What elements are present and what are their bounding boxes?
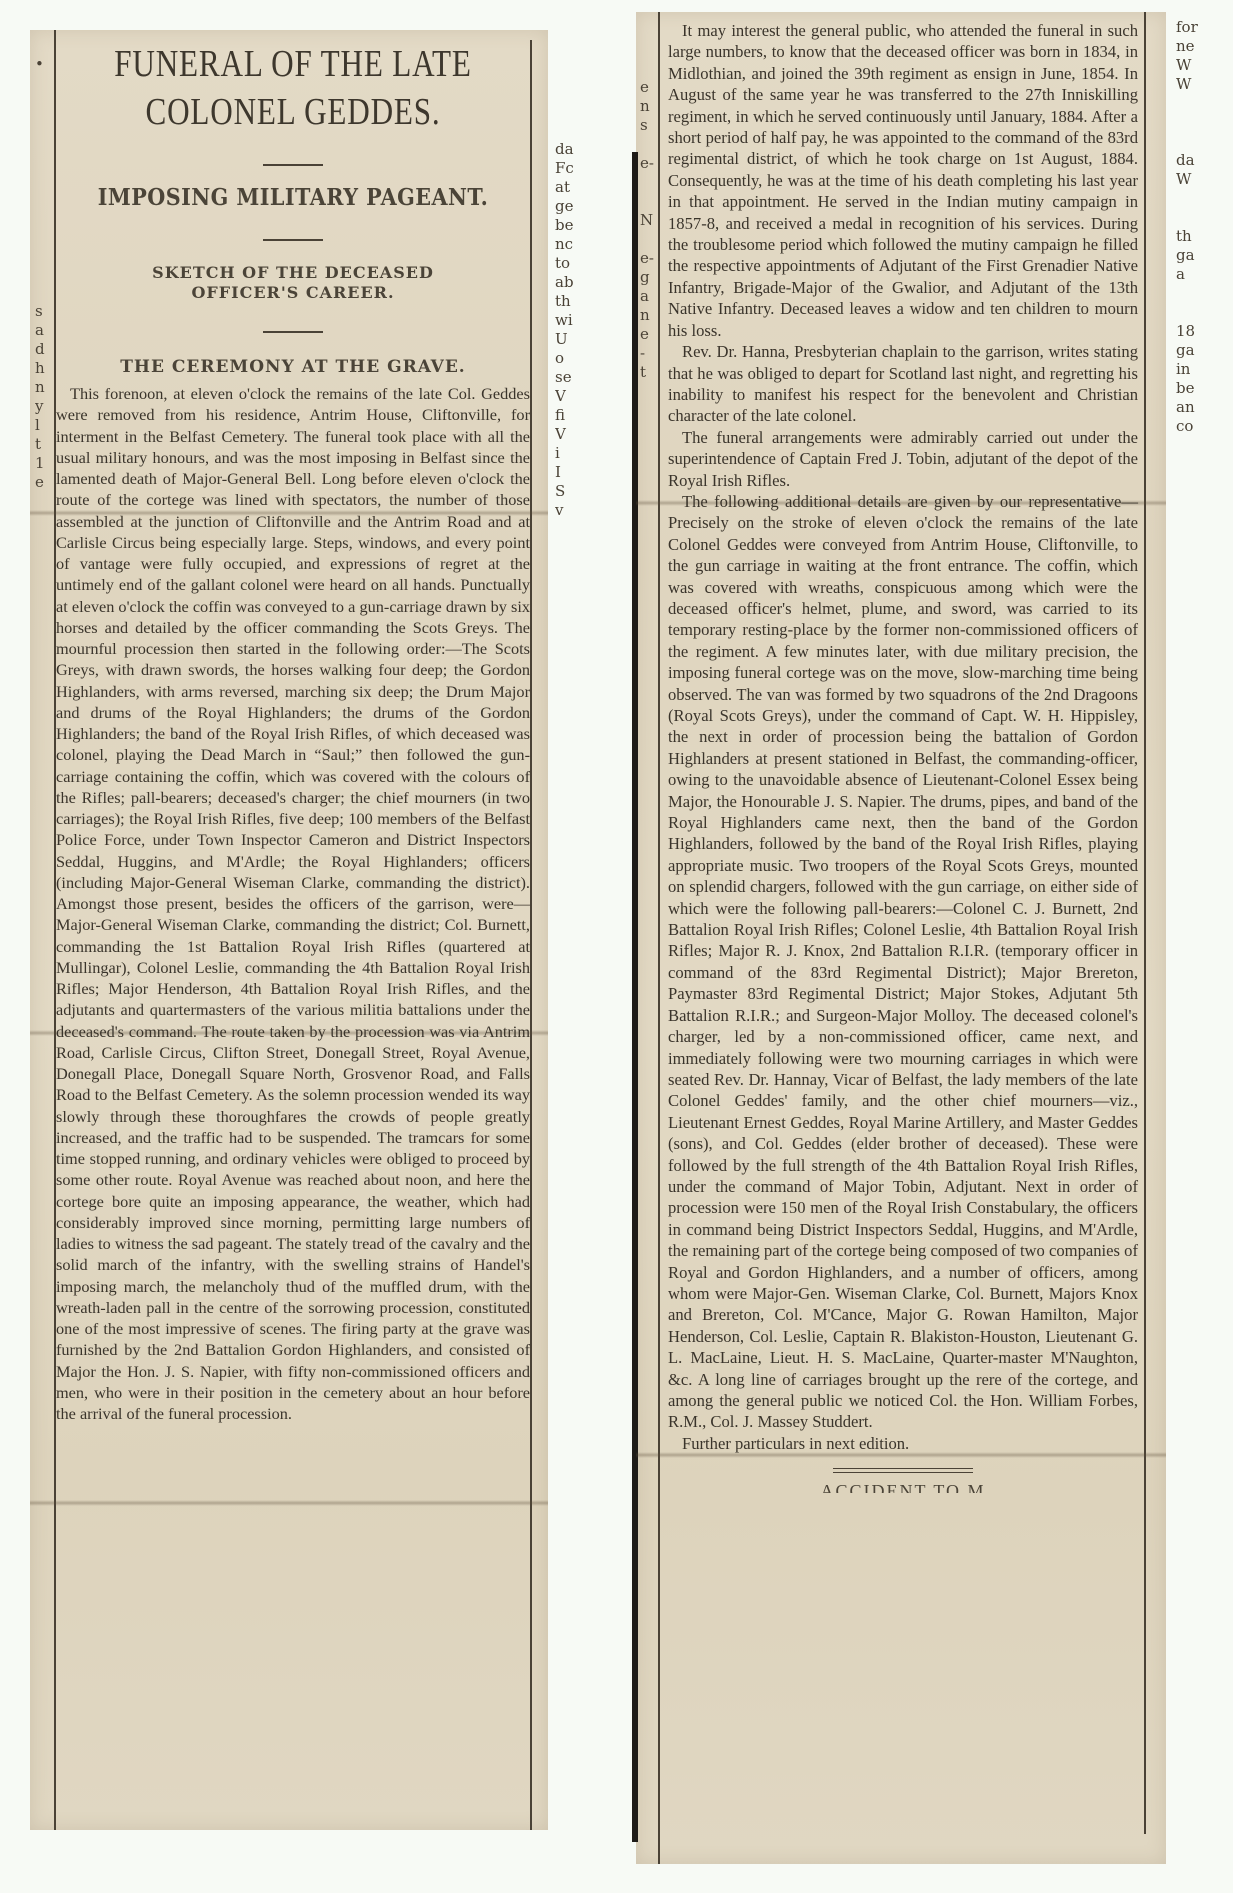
- column-rule-right: [1144, 12, 1146, 1834]
- right-margin-fragment-text: for ne W W da W th ga a 18 ga in be an c…: [1176, 18, 1206, 436]
- paragraph-career: It may interest the general public, who …: [668, 20, 1138, 341]
- headline-line-2: COLONEL GEDDES.: [145, 91, 440, 133]
- deck: SKETCH OF THE DECEASED OFFICER'S CAREER.: [56, 263, 530, 303]
- paper-fold: [30, 1500, 548, 1506]
- paragraph-further-particulars: Further particulars in next edition.: [668, 1433, 1138, 1454]
- right-article-column: It may interest the general public, who …: [668, 20, 1138, 1493]
- deck-line-2: OFFICER'S CAREER.: [191, 283, 394, 302]
- next-article-headline-partial: ACCIDENT TO M: [668, 1481, 1138, 1493]
- article-body: This forenoon, at eleven o'clock the rem…: [56, 383, 530, 1424]
- headline-line-1: FUNERAL OF THE LATE: [114, 43, 471, 85]
- divider: [263, 164, 323, 166]
- shadow-edge: [632, 152, 638, 1842]
- subheadline: IMPOSING MILITARY PAGEANT.: [80, 184, 507, 211]
- left-margin-fragment-text: • s a d h n y l t 1 e: [35, 55, 51, 492]
- right-margin-fragment-text: da Fc at ge be nc to ab th wi U o se V f…: [555, 140, 583, 520]
- column-rule-left: [658, 12, 660, 1864]
- article-end-rule: [833, 1468, 973, 1473]
- column-rule-right: [530, 40, 532, 1830]
- headline: FUNERAL OF THE LATE COLONEL GEDDES.: [99, 40, 488, 136]
- paragraph-chaplain: Rev. Dr. Hanna, Presbyterian chaplain to…: [668, 341, 1138, 427]
- left-margin-fragment-text: e n s e- N e- g a n e - t: [640, 40, 658, 382]
- divider: [263, 331, 323, 333]
- paragraph-additional-details: The following additional details are giv…: [668, 491, 1138, 1433]
- left-article-column: FUNERAL OF THE LATE COLONEL GEDDES. IMPO…: [56, 40, 530, 1424]
- paragraph-arrangements: The funeral arrangements were admirably …: [668, 427, 1138, 491]
- section-heading: THE CEREMONY AT THE GRAVE.: [56, 357, 530, 377]
- divider: [263, 239, 323, 241]
- deck-line-1: SKETCH OF THE DECEASED: [152, 263, 434, 282]
